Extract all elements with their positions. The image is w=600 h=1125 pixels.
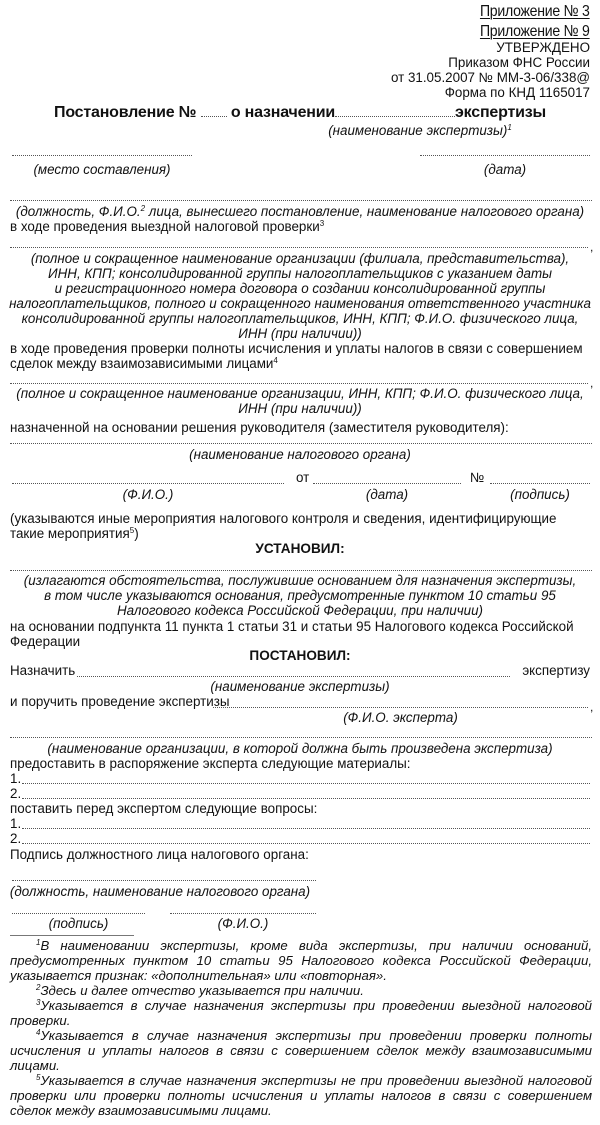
place-caption: (место составления) bbox=[12, 162, 192, 177]
legal-basis-text: на основании подпункта 11 пункта 1 стать… bbox=[10, 619, 574, 649]
field-audit-text: в ходе проведения выездной налоговой про… bbox=[10, 219, 324, 234]
date-field[interactable] bbox=[420, 155, 590, 156]
footnote-2: 2Здесь и далее отчество указывается при … bbox=[10, 983, 592, 998]
place-field[interactable] bbox=[12, 155, 192, 156]
title-part-2: о назначении bbox=[231, 104, 335, 121]
assign-end-label: экспертизу bbox=[522, 663, 590, 678]
tax-authority-caption: (наименование налогового органа) bbox=[0, 447, 600, 462]
entrust-label: и поручить проведение экспертизы bbox=[10, 694, 230, 709]
page-title: Постановление № о назначенииэкспертизы bbox=[0, 104, 600, 120]
order-date-label: от 31.05.2007 № ММ-3-06/338@ bbox=[391, 70, 590, 86]
from-label: от bbox=[296, 470, 309, 485]
head-fio-field[interactable] bbox=[12, 483, 284, 484]
decision-text: назначенной на основании решения руковод… bbox=[10, 420, 509, 435]
assigned-expertise-field[interactable] bbox=[77, 676, 510, 677]
expert-organization-caption: (наименование организации, в которой дол… bbox=[0, 741, 600, 756]
questions-label: поставить перед экспертом следующие вопр… bbox=[10, 801, 317, 816]
assigned-expertise-caption: (наименование экспертизы) bbox=[0, 679, 600, 694]
comma: , bbox=[590, 700, 593, 715]
signature-label: Подпись должностного лица налогового орг… bbox=[10, 847, 309, 862]
circumstances-caption: (излагаются обстоятельства, послужившие … bbox=[0, 573, 600, 618]
official-position-caption: (должность, наименование налогового орга… bbox=[4, 884, 316, 899]
official-position-field[interactable] bbox=[12, 880, 316, 881]
material-item-2-field[interactable] bbox=[22, 798, 590, 799]
material-item-1-field[interactable] bbox=[22, 783, 590, 784]
decision-number-field[interactable] bbox=[490, 483, 590, 484]
appendix-3-label: Приложение № 3 bbox=[480, 2, 590, 22]
transfer-pricing-text: в ходе проведения проверки полноты исчис… bbox=[10, 341, 583, 371]
order-label: Приказом ФНС России bbox=[448, 55, 590, 71]
footnote-divider bbox=[10, 935, 134, 936]
resolution-number-field[interactable] bbox=[201, 104, 227, 117]
question-item-2-label: 2. bbox=[10, 831, 21, 846]
established-heading: УСТАНОВИЛ: bbox=[0, 541, 600, 556]
official-signature-caption: (подпись) bbox=[12, 916, 145, 931]
expertise-name-caption: (наименование экспертизы)1 bbox=[300, 123, 540, 138]
official-signature-field[interactable] bbox=[12, 913, 145, 914]
tax-authority-field[interactable] bbox=[10, 443, 592, 444]
official-fio-caption: (Ф.И.О.) bbox=[170, 916, 316, 931]
approved-label: УТВЕРЖДЕНО bbox=[496, 40, 590, 56]
circumstances-field[interactable] bbox=[10, 570, 592, 571]
material-item-1-label: 1. bbox=[10, 771, 21, 786]
organization-field[interactable] bbox=[10, 247, 588, 248]
number-label: № bbox=[470, 470, 484, 485]
related-party-caption: (полное и сокращенное наименование орган… bbox=[0, 386, 600, 416]
expertise-name-field[interactable] bbox=[335, 104, 455, 117]
footnote-3: 3Указывается в случае назначения эксперт… bbox=[10, 998, 592, 1028]
appendix-9-label: Приложение № 9 bbox=[480, 22, 590, 42]
official-field[interactable] bbox=[10, 200, 592, 201]
fio-caption: (Ф.И.О.) bbox=[12, 487, 284, 502]
decision-date-field[interactable] bbox=[313, 483, 461, 484]
title-part-3: экспертизы bbox=[455, 104, 546, 121]
question-item-2-field[interactable] bbox=[22, 843, 590, 844]
assign-label: Назначить bbox=[10, 663, 75, 678]
decision-date-caption: (дата) bbox=[313, 487, 461, 502]
footnote-1: 1В наименовании экспертизы, кроме вида э… bbox=[10, 938, 592, 983]
related-party-field[interactable] bbox=[10, 383, 588, 384]
title-part-1: Постановление № bbox=[54, 104, 196, 121]
form-code-label: Форма по КНД 1165017 bbox=[445, 85, 590, 101]
footnote-4: 4Указывается в случае назначения эксперт… bbox=[10, 1028, 592, 1073]
expert-fio-field[interactable] bbox=[213, 707, 588, 708]
footnote-5: 5Указывается в случае назначения эксперт… bbox=[10, 1073, 592, 1118]
date-caption: (дата) bbox=[420, 162, 590, 177]
expert-organization-field[interactable] bbox=[10, 737, 592, 738]
signature-caption: (подпись) bbox=[490, 487, 590, 502]
materials-label: предоставить в распоряжение эксперта сле… bbox=[10, 756, 411, 771]
official-caption: (должность, Ф.И.О.2 лица, вынесшего пост… bbox=[0, 204, 600, 219]
other-measures-text: (указываются иные мероприятия налогового… bbox=[10, 511, 556, 541]
official-fio-field[interactable] bbox=[170, 913, 316, 914]
resolved-heading: ПОСТАНОВИЛ: bbox=[0, 648, 600, 663]
material-item-2-label: 2. bbox=[10, 786, 21, 801]
expert-fio-caption: (Ф.И.О. эксперта) bbox=[213, 710, 588, 725]
question-item-1-field[interactable] bbox=[22, 828, 590, 829]
question-item-1-label: 1. bbox=[10, 816, 21, 831]
footnotes: 1В наименовании экспертизы, кроме вида э… bbox=[10, 938, 592, 1118]
organization-caption: (полное и сокращенное наименование орган… bbox=[0, 251, 600, 341]
